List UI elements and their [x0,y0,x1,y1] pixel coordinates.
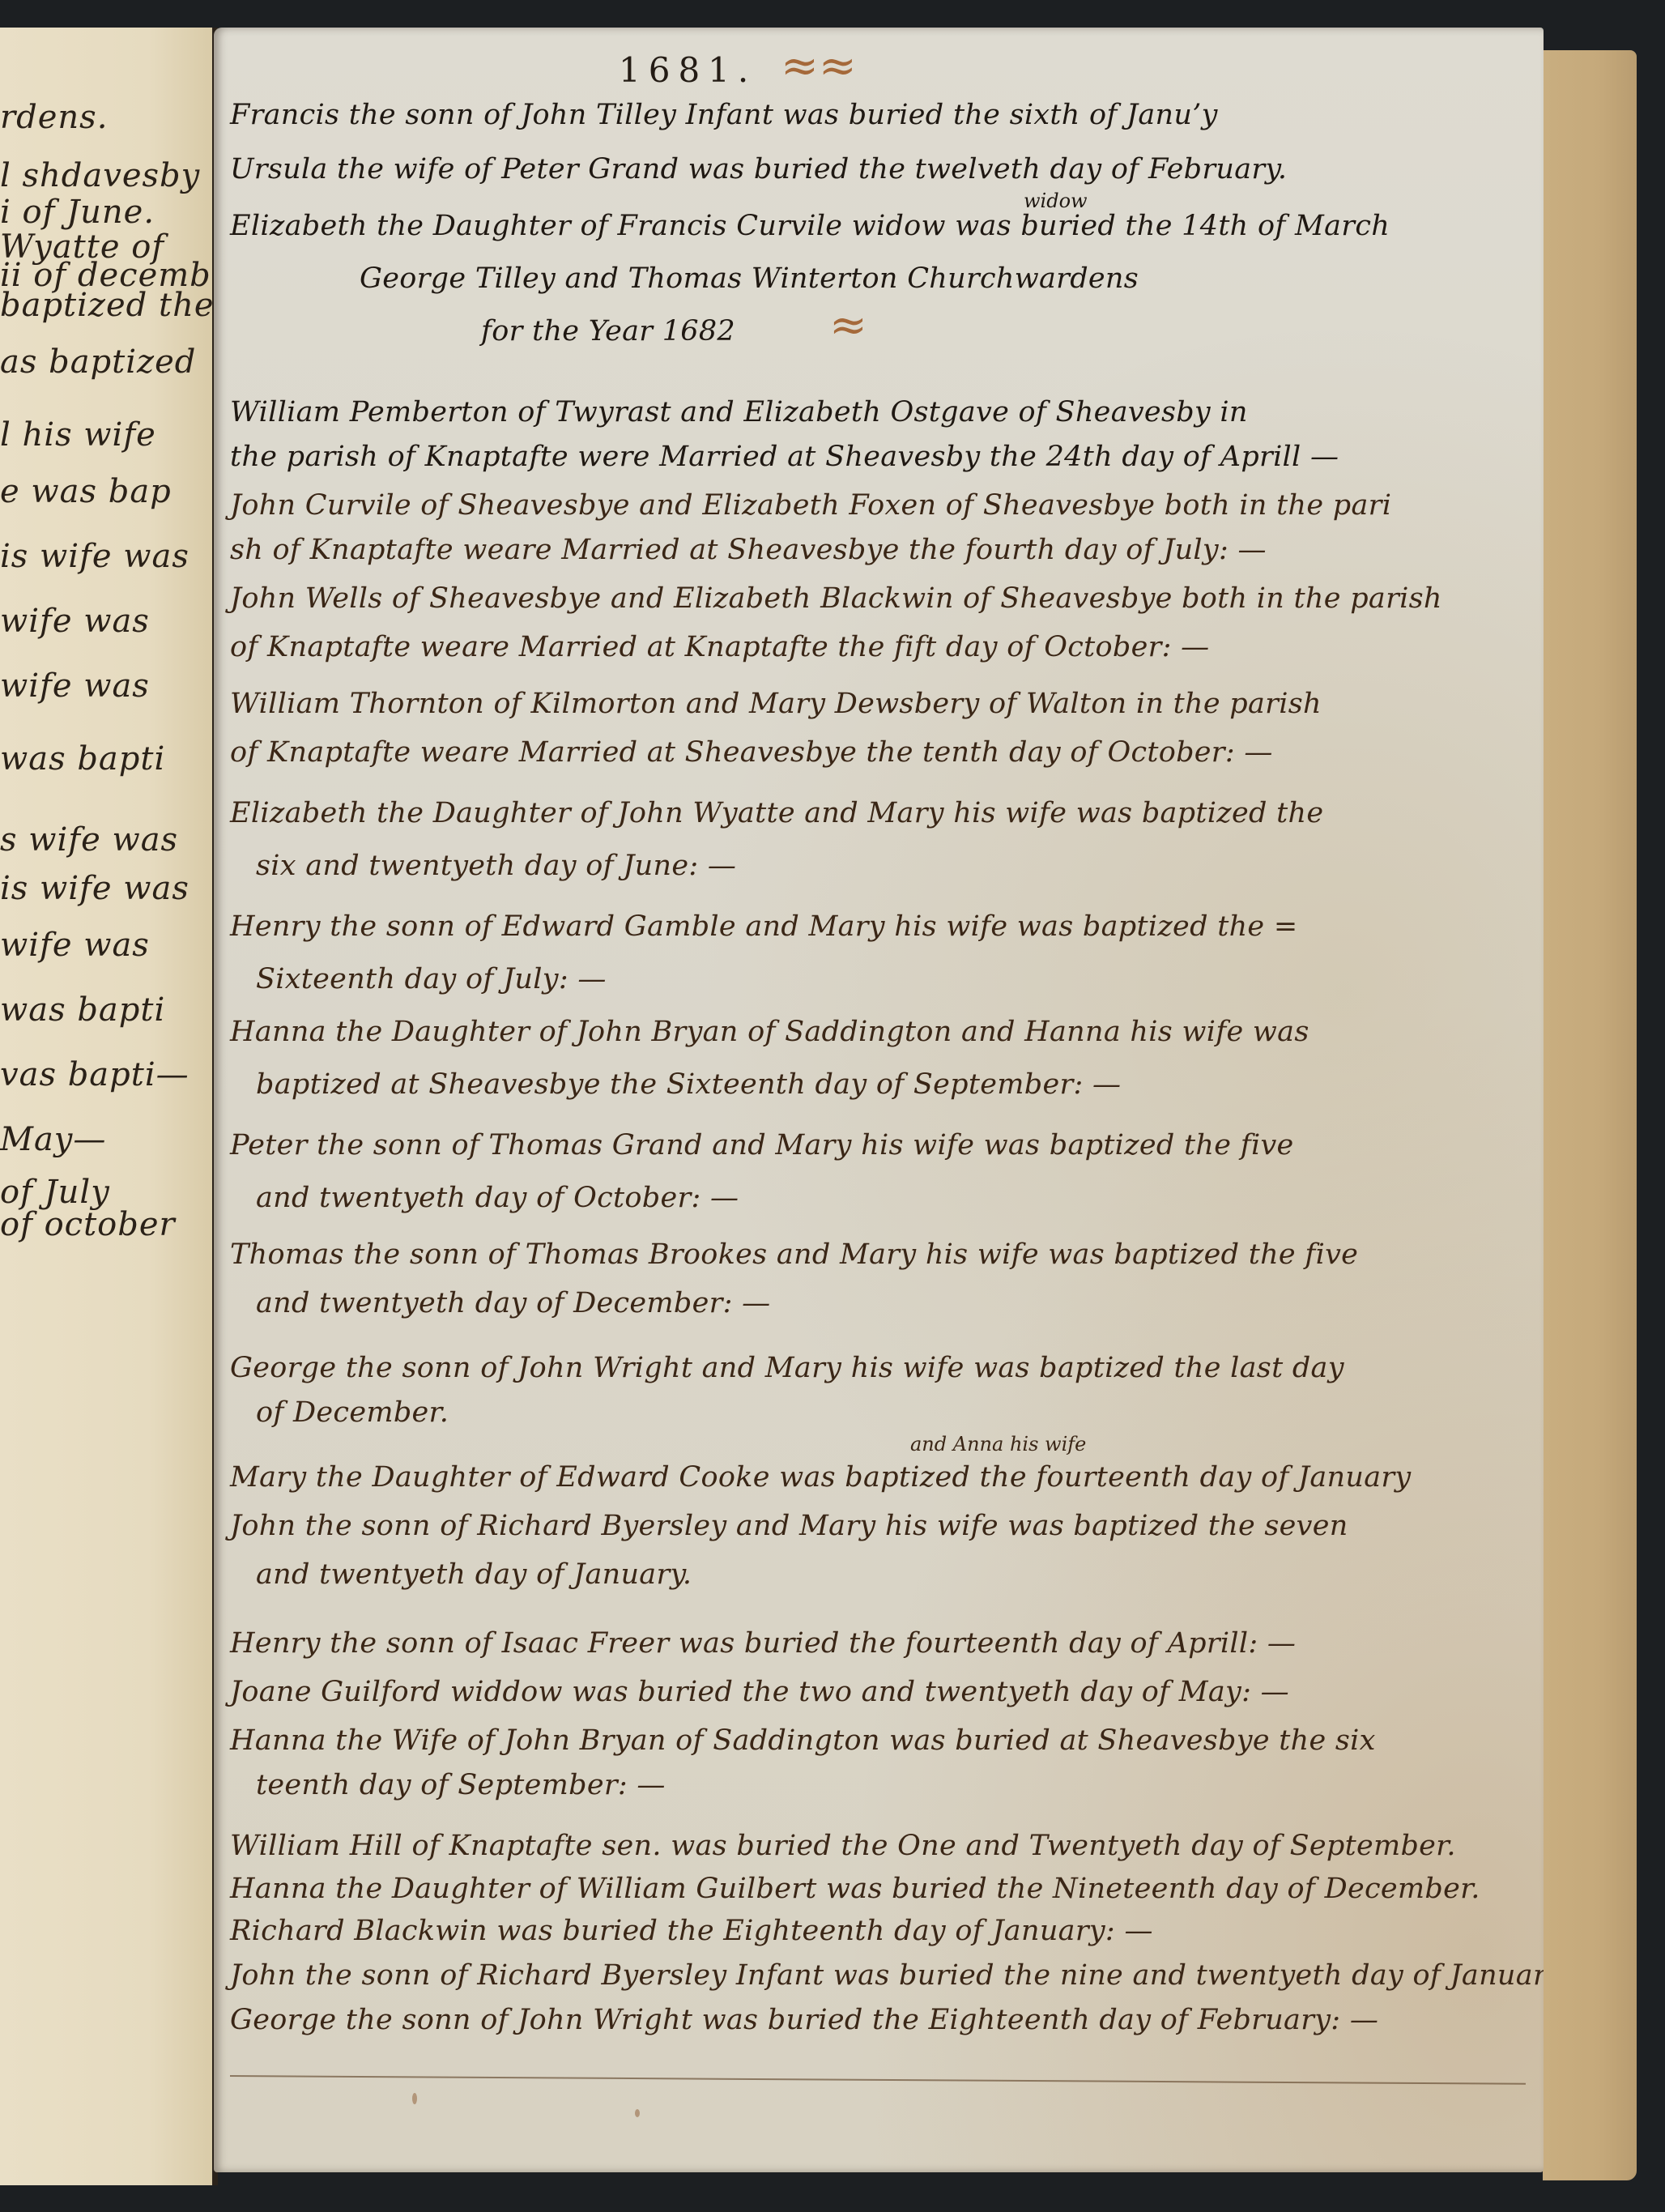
left-page-line: May— [0,1121,106,1158]
left-page-line: wife was [0,667,150,705]
flourish-ornament: ≈ [829,303,867,348]
register-entry: and twentyeth day of December: — [256,1287,770,1319]
register-entry: of Knaptafte weare Married at Sheavesbye… [230,736,1273,769]
left-page-fragment: rdens. l shdavesby i of June. Wyatte of … [0,28,218,2185]
year-heading-1682: for the Year 1682 [481,315,735,347]
left-page-line: rdens. [0,99,108,136]
interlinear-note: and Anna his wife [910,1433,1086,1455]
left-page-line: vas bapti— [0,1056,189,1093]
churchwardens-line: George Tilley and Thomas Winterton Churc… [360,262,1139,295]
left-page-line: wife was [0,603,150,640]
register-entry: of Knaptafte weare Married at Knaptafte … [230,631,1209,663]
interlinear-note: widow [1024,190,1088,212]
left-page-line: i of June. [0,194,155,231]
register-entry: Francis the sonn of John Tilley Infant w… [230,99,1218,131]
register-entry: Henry the sonn of Isaac Freer was buried… [230,1627,1296,1660]
left-page-line: l his wife [0,416,156,454]
register-entry: Joane Guilford widdow was buried the two… [230,1676,1289,1708]
left-page-line: l shdavesby [0,157,200,194]
ruled-line [230,2075,1526,2085]
main-register-page: 1681. ≈≈ Francis the sonn of John Tilley… [214,28,1544,2172]
flourish-ornament: ≈≈ [781,44,857,89]
register-entry: and twentyeth day of January. [256,1558,692,1591]
register-entry: and twentyeth day of October: — [256,1182,739,1214]
book-page-edge [1543,50,1637,2180]
register-entry: George the sonn of John Wright was burie… [230,2004,1378,2036]
register-entry: Elizabeth the Daughter of John Wyatte an… [230,797,1323,829]
register-entry: William Thornton of Kilmorton and Mary D… [230,688,1322,720]
register-entry: Peter the sonn of Thomas Grand and Mary … [230,1129,1294,1161]
register-entry: of December. [256,1396,449,1429]
left-page-line: baptized the [0,287,215,324]
register-entry: Hanna the Daughter of John Bryan of Sadd… [230,1016,1309,1048]
register-entry: George the sonn of John Wright and Mary … [230,1352,1344,1384]
left-page-line: s wife was [0,821,178,859]
register-entry: Mary the Daughter of Edward Cooke was ba… [230,1461,1412,1494]
register-entry: sh of Knaptafte weare Married at Sheaves… [230,534,1267,566]
left-page-line: wife was [0,927,150,964]
register-entry: Henry the sonn of Edward Gamble and Mary… [230,910,1297,943]
register-entry: six and twentyeth day of June: — [256,850,736,882]
register-entry: baptized at Sheavesbye the Sixteenth day… [256,1068,1121,1101]
register-entry: Ursula the wife of Peter Grand was burie… [230,153,1287,185]
register-entry: Hanna the Wife of John Bryan of Saddingt… [230,1724,1376,1757]
left-page-line: e was bap [0,473,172,510]
register-entry: William Pemberton of Twyrast and Elizabe… [230,396,1248,428]
ink-stain [635,2109,640,2117]
register-entry: John the sonn of Richard Byersley and Ma… [230,1510,1348,1542]
left-page-line: was bapti [0,991,165,1029]
left-page-line: is wife was [0,870,189,907]
register-entry: William Hill of Knaptafte sen. was burie… [230,1830,1456,1862]
register-entry: teenth day of September: — [256,1769,666,1801]
year-heading-1681: 1681. [619,50,756,90]
left-page-line: is wife was [0,538,189,575]
register-entry: Hanna the Daughter of William Guilbert w… [230,1873,1480,1905]
left-page-line: of october [0,1206,176,1243]
register-entry: Sixteenth day of July: — [256,963,607,995]
register-entry: John Wells of Sheavesbye and Elizabeth B… [230,582,1442,615]
register-entry: John Curvile of Sheavesbye and Elizabeth… [230,489,1391,522]
register-entry: Richard Blackwin was buried the Eighteen… [230,1915,1153,1947]
ink-stain [412,2093,417,2104]
left-page-line: as baptized [0,343,196,381]
left-page-line: was bapti [0,740,165,778]
register-entry: the parish of Knaptafte were Married at … [230,441,1339,473]
register-entry: John the sonn of Richard Byersley Infant… [230,1959,1544,1992]
register-entry: Elizabeth the Daughter of Francis Curvil… [230,210,1390,242]
register-entry: Thomas the sonn of Thomas Brookes and Ma… [230,1238,1358,1271]
